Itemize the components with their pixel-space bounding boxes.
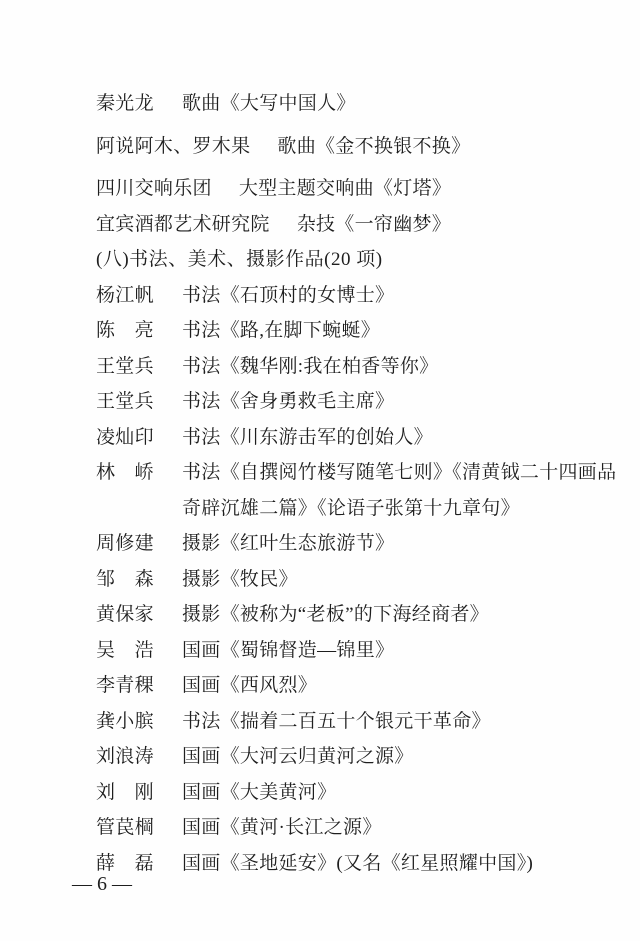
entry-name: 龚小膑	[96, 704, 155, 740]
entry-name: 凌灿印	[96, 420, 155, 456]
entry-list: 秦光龙歌曲《大写中国人》阿说阿木、罗木果歌曲《金不换银不换》四川交响乐团大型主题…	[96, 86, 622, 881]
entry-name: 杨江帆	[96, 278, 155, 314]
entry-name: 刘 刚	[96, 775, 155, 811]
entry-work: 摄影《被称为“老板”的下海经商者》	[182, 597, 622, 633]
entry-name: 林 峤	[96, 455, 155, 491]
entry-row: 刘 刚国画《大美黄河》	[96, 775, 622, 811]
entry-row: 杨江帆书法《石顶村的女博士》	[96, 278, 622, 314]
entry-work: 歌曲《金不换银不换》	[277, 129, 622, 165]
entry-work: 书法《揣着二百五十个银元干革命》	[182, 704, 622, 740]
entry-work: 国画《西风烈》	[182, 668, 622, 704]
entry-work: 歌曲《大写中国人》	[182, 86, 622, 122]
entry-work: 摄影《牧民》	[182, 562, 622, 598]
page-number: — 6 —	[72, 872, 132, 896]
section-heading: (八)书法、美术、摄影作品(20 项)	[96, 242, 622, 278]
entry-row: 陈 亮书法《路,在脚下蜿蜒》	[96, 313, 622, 349]
section-heading-text: (八)书法、美术、摄影作品(20 项)	[96, 242, 383, 278]
entry-name: 刘浪涛	[96, 739, 155, 775]
entry-work: 大型主题交响曲《灯塔》	[239, 171, 622, 207]
entry-row: 刘浪涛国画《大河云归黄河之源》	[96, 739, 622, 775]
entry-work: 国画《黄河·长江之源》	[182, 810, 622, 846]
entry-name: 吴 浩	[96, 633, 155, 669]
entry-name: 管苠棡	[96, 810, 155, 846]
entry-work: 书法《舍身勇救毛主席》	[182, 384, 622, 420]
entry-work: 国画《大河云归黄河之源》	[182, 739, 622, 775]
entry-name: 邹 森	[96, 562, 155, 598]
entry-row: 李青稞国画《西风烈》	[96, 668, 622, 704]
entry-row: 管苠棡国画《黄河·长江之源》	[96, 810, 622, 846]
entry-work: 国画《圣地延安》(又名《红星照耀中国》)	[182, 846, 622, 882]
entry-work: 书法《石顶村的女博士》	[182, 278, 622, 314]
entry-name: 黄保家	[96, 597, 155, 633]
entry-name: 周修建	[96, 526, 155, 562]
entry-row: 龚小膑书法《揣着二百五十个银元干革命》	[96, 704, 622, 740]
entry-row: 周修建摄影《红叶生态旅游节》	[96, 526, 622, 562]
entry-name: 阿说阿木、罗木果	[96, 129, 250, 165]
entry-row: 秦光龙歌曲《大写中国人》	[96, 86, 622, 122]
entry-row: 薛 磊国画《圣地延安》(又名《红星照耀中国》)	[96, 846, 622, 882]
entry-row: 阿说阿木、罗木果歌曲《金不换银不换》	[96, 129, 622, 165]
entry-name: 王堂兵	[96, 349, 155, 385]
entry-work: 书法《川东游击军的创始人》	[182, 420, 622, 456]
entry-row: 四川交响乐团大型主题交响曲《灯塔》	[96, 171, 622, 207]
entry-row: 王堂兵书法《舍身勇救毛主席》	[96, 384, 622, 420]
entry-work: 书法《自撰阅竹楼写随笔七则》《清黄钺二十四画品奇辟沉雄二篇》《论语子张第十九章句…	[182, 455, 622, 526]
entry-name: 宜宾酒都艺术研究院	[96, 207, 270, 243]
entry-row: 吴 浩国画《蜀锦督造—锦里》	[96, 633, 622, 669]
entry-work: 书法《魏华刚:我在柏香等你》	[182, 349, 622, 385]
entry-work: 杂技《一帘幽梦》	[297, 207, 622, 243]
entry-row: 王堂兵书法《魏华刚:我在柏香等你》	[96, 349, 622, 385]
entry-name: 李青稞	[96, 668, 155, 704]
entry-work: 摄影《红叶生态旅游节》	[182, 526, 622, 562]
document-page: 秦光龙歌曲《大写中国人》阿说阿木、罗木果歌曲《金不换银不换》四川交响乐团大型主题…	[0, 0, 640, 941]
entry-name: 四川交响乐团	[96, 171, 212, 207]
entry-row: 林 峤书法《自撰阅竹楼写随笔七则》《清黄钺二十四画品奇辟沉雄二篇》《论语子张第十…	[96, 455, 622, 526]
entry-row: 邹 森摄影《牧民》	[96, 562, 622, 598]
entry-work: 国画《大美黄河》	[182, 775, 622, 811]
entry-work: 书法《路,在脚下蜿蜒》	[182, 313, 622, 349]
entry-name: 秦光龙	[96, 86, 155, 122]
entry-row: 凌灿印书法《川东游击军的创始人》	[96, 420, 622, 456]
entry-row: 黄保家摄影《被称为“老板”的下海经商者》	[96, 597, 622, 633]
entry-name: 王堂兵	[96, 384, 155, 420]
entry-row: 宜宾酒都艺术研究院杂技《一帘幽梦》	[96, 207, 622, 243]
entry-name: 陈 亮	[96, 313, 155, 349]
entry-work: 国画《蜀锦督造—锦里》	[182, 633, 622, 669]
